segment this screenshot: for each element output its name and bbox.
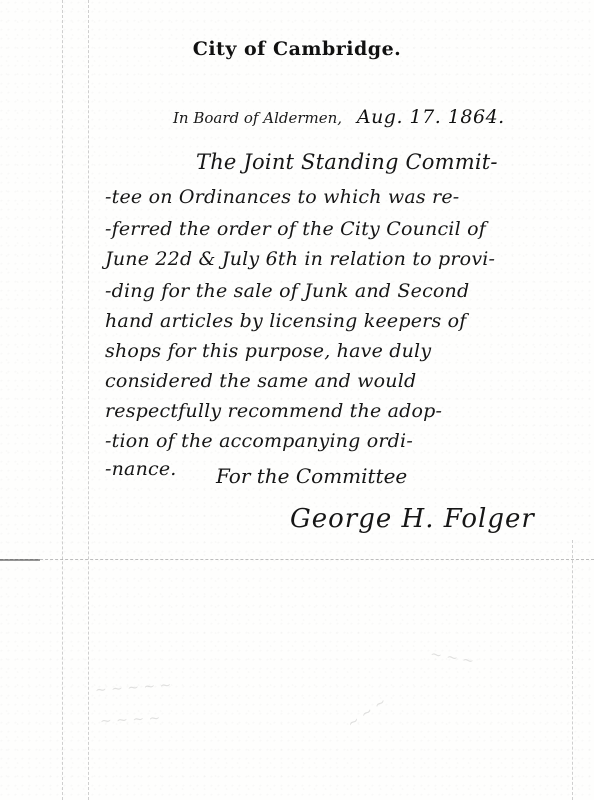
signoff: For the Committee (216, 464, 407, 488)
paper-fold-line (0, 559, 594, 560)
bleed-through-mark: ~ ~ ~ ~ (100, 710, 161, 729)
body-line: The Joint Standing Commit- (196, 150, 498, 174)
body-line: -ferred the order of the City Council of (105, 218, 486, 240)
body-line: June 22d & July 6th in relation to provi… (105, 248, 495, 270)
body-line: respectfully recommend the adop- (105, 400, 442, 422)
document-title: City of Cambridge. (0, 38, 594, 60)
bleed-through-mark: ~ ~ ~ (344, 694, 389, 732)
left-margin-rule (62, 0, 63, 800)
board-heading: In Board of Aldermen, Aug. 17. 1864. (173, 106, 505, 128)
body-line: -tee on Ordinances to which was re- (105, 186, 459, 208)
signature: George H. Folger (290, 504, 535, 534)
body-line: -nance. (105, 458, 177, 480)
document-date: Aug. 17. 1864. (357, 106, 505, 128)
body-line: hand articles by licensing keepers of (105, 310, 467, 332)
body-line: -ding for the sale of Junk and Second (105, 280, 469, 302)
body-line: shops for this purpose, have duly (105, 340, 431, 362)
board-label: In Board of Aldermen, (173, 109, 342, 127)
bleed-through-mark: ~ ~ ~ (429, 646, 475, 669)
body-line: considered the same and would (105, 370, 416, 392)
right-margin-rule (572, 540, 573, 800)
body-line: -tion of the accompanying ordi- (105, 430, 413, 452)
bleed-through-mark: ~ ~ ~ ~ ~ (95, 677, 172, 698)
document-page: City of Cambridge. In Board of Aldermen,… (0, 0, 594, 800)
left-margin-rule-inner (88, 0, 89, 800)
